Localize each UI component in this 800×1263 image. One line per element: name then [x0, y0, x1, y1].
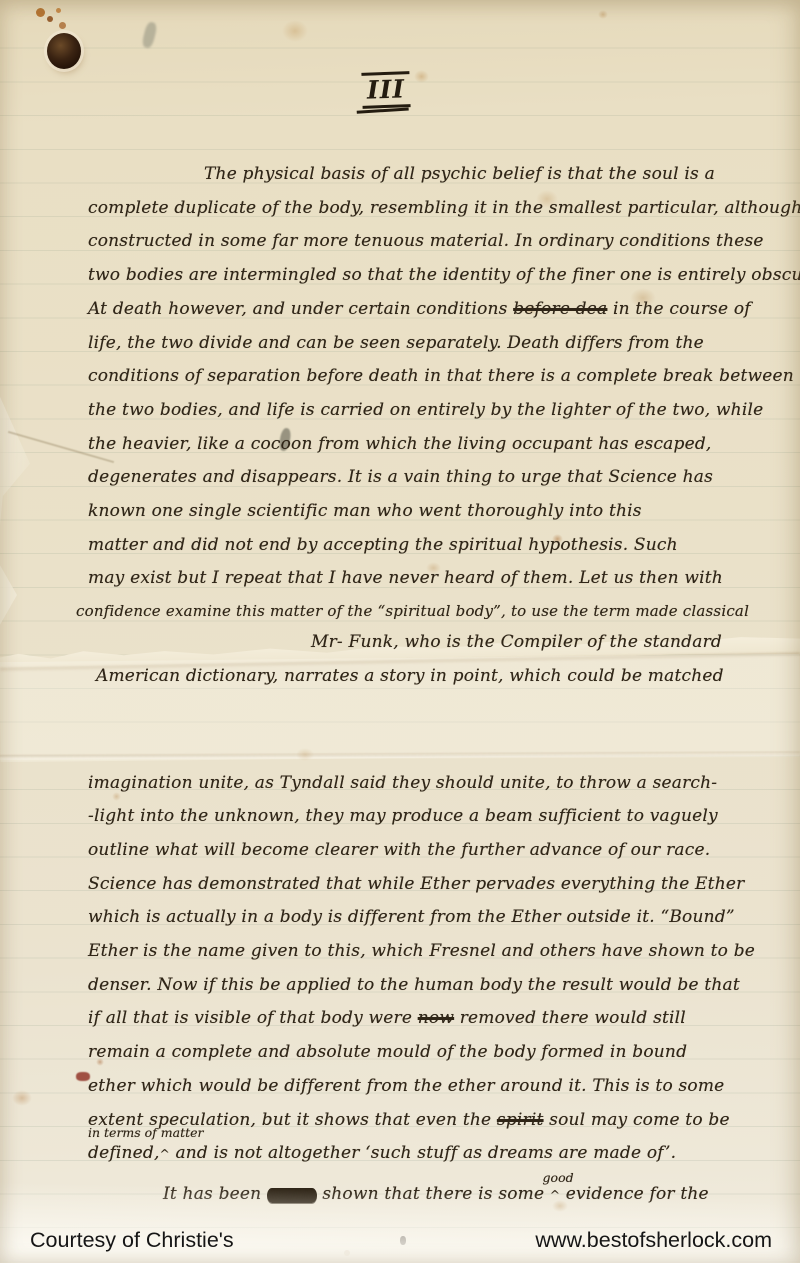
- manuscript-line: conditions of separation before death in…: [88, 360, 786, 394]
- manuscript-line: ether which would be different from the …: [88, 1070, 786, 1104]
- manuscript-segment: Ether is the name given to this, which F…: [88, 941, 755, 961]
- manuscript-line: matter and did not end by accepting the …: [88, 529, 786, 563]
- manuscript-segment-caret: ^: [160, 1147, 170, 1161]
- manuscript-segment: constructed in some far more tenuous mat…: [88, 231, 764, 251]
- page-heading-numeral: III: [361, 71, 410, 109]
- manuscript-segment: soul may come to be: [544, 1110, 730, 1130]
- manuscript-line: complete duplicate of the body, resembli…: [88, 192, 786, 226]
- manuscript-segment: ether which would be different from the …: [88, 1076, 724, 1096]
- manuscript-segment: At death however, and under certain cond…: [88, 299, 513, 319]
- manuscript-segment: imagination unite, as Tyndall said they …: [88, 773, 717, 793]
- manuscript-segment: The physical basis of all psychic belief…: [204, 164, 715, 184]
- manuscript-line: degenerates and disappears. It is a vain…: [88, 461, 786, 495]
- manuscript-segment: which is actually in a body is different…: [88, 907, 735, 927]
- manuscript-line: life, the two divide and can be seen sep…: [88, 327, 786, 361]
- manuscript-segment-strike: spirit: [497, 1110, 544, 1130]
- manuscript-line: outline what will become clearer with th…: [88, 834, 786, 868]
- manuscript-segment: -light into the unknown, they may produc…: [88, 806, 718, 826]
- manuscript-segment: in the course of: [607, 299, 750, 319]
- manuscript-line: constructed in some far more tenuous mat…: [88, 225, 786, 259]
- manuscript-segment: outline what will become clearer with th…: [88, 840, 710, 860]
- manuscript-line: confidence examine this matter of the “s…: [76, 596, 786, 626]
- manuscript-line: -light into the unknown, they may produc…: [88, 800, 786, 834]
- manuscript-line: At death however, and under certain cond…: [88, 293, 786, 327]
- credit-caption: Courtesy of Christie's: [30, 1228, 234, 1253]
- manuscript-segment: in terms of matterdefined,: [88, 1143, 160, 1163]
- manuscript-segment: life, the two divide and can be seen sep…: [88, 333, 704, 353]
- manuscript-line: two bodies are intermingled so that the …: [88, 259, 786, 293]
- inserted-word-above: in terms of matter: [88, 1127, 204, 1139]
- manuscript-segment: the heavier, like a cocoon from which th…: [88, 434, 712, 454]
- website-caption: www.bestofsherlock.com: [535, 1228, 772, 1253]
- manuscript-line: imagination unite, as Tyndall said they …: [88, 767, 786, 801]
- manuscript-line: Mr- Funk, who is the Compiler of the sta…: [311, 626, 786, 660]
- manuscript-segment: the two bodies, and life is carried on e…: [88, 400, 763, 420]
- manuscript-segment: Science has demonstrated that while Ethe…: [88, 874, 744, 894]
- manuscript-segment: and is not altogether ‘such stuff as dre…: [170, 1143, 676, 1163]
- manuscript-line: Ether is the name given to this, which F…: [88, 935, 786, 969]
- manuscript-segment: degenerates and disappears. It is a vain…: [88, 467, 713, 487]
- manuscript-segment: conditions of separation before death in…: [88, 366, 794, 386]
- manuscript-segment: remain a complete and absolute mould of …: [88, 1042, 687, 1062]
- manuscript-photo: III The physical basis of all psychic be…: [0, 0, 800, 1263]
- manuscript-segment: complete duplicate of the body, resembli…: [88, 198, 800, 218]
- manuscript-segment: American dictionary, narrates a story in…: [96, 666, 724, 686]
- manuscript-segment: may exist but I repeat that I have never…: [88, 568, 723, 588]
- manuscript-segment: known one single scientific man who went…: [88, 501, 642, 521]
- manuscript-line: known one single scientific man who went…: [88, 495, 786, 529]
- manuscript-segment: Mr- Funk, who is the Compiler of the sta…: [311, 632, 722, 652]
- manuscript-line: Science has demonstrated that while Ethe…: [88, 868, 786, 902]
- manuscript-segment: confidence examine this matter of the “s…: [76, 602, 749, 620]
- manuscript-line: remain a complete and absolute mould of …: [88, 1036, 786, 1070]
- caption-bar: Courtesy of Christie's www.bestofsherloc…: [30, 1224, 772, 1256]
- manuscript-line: may exist but I repeat that I have never…: [88, 562, 786, 596]
- manuscript-segment: removed there would still: [454, 1008, 686, 1028]
- manuscript-segment-strike: now: [418, 1008, 454, 1028]
- manuscript-line: the heavier, like a cocoon from which th…: [88, 428, 786, 462]
- manuscript-line: if all that is visible of that body were…: [88, 1002, 786, 1036]
- manuscript-segment: if all that is visible of that body were: [88, 1008, 418, 1028]
- manuscript-line: American dictionary, narrates a story in…: [96, 660, 786, 694]
- manuscript-line: which is actually in a body is different…: [88, 901, 786, 935]
- manuscript-segment: denser. Now if this be applied to the hu…: [88, 975, 740, 995]
- manuscript-segment: matter and did not end by accepting the …: [88, 535, 678, 555]
- manuscript-lines: The physical basis of all psychic belief…: [0, 158, 800, 1213]
- manuscript-segment-strike: before dea: [513, 299, 607, 319]
- manuscript-line: in terms of matterdefined,^ and is not a…: [88, 1137, 786, 1172]
- manuscript-line: the two bodies, and life is carried on e…: [88, 394, 786, 428]
- manuscript-segment: two bodies are intermingled so that the …: [88, 265, 800, 285]
- ink-blob-stain: [47, 33, 81, 69]
- manuscript-line: denser. Now if this be applied to the hu…: [88, 969, 786, 1003]
- manuscript-line: The physical basis of all psychic belief…: [204, 158, 786, 192]
- grey-smudge: [141, 21, 158, 49]
